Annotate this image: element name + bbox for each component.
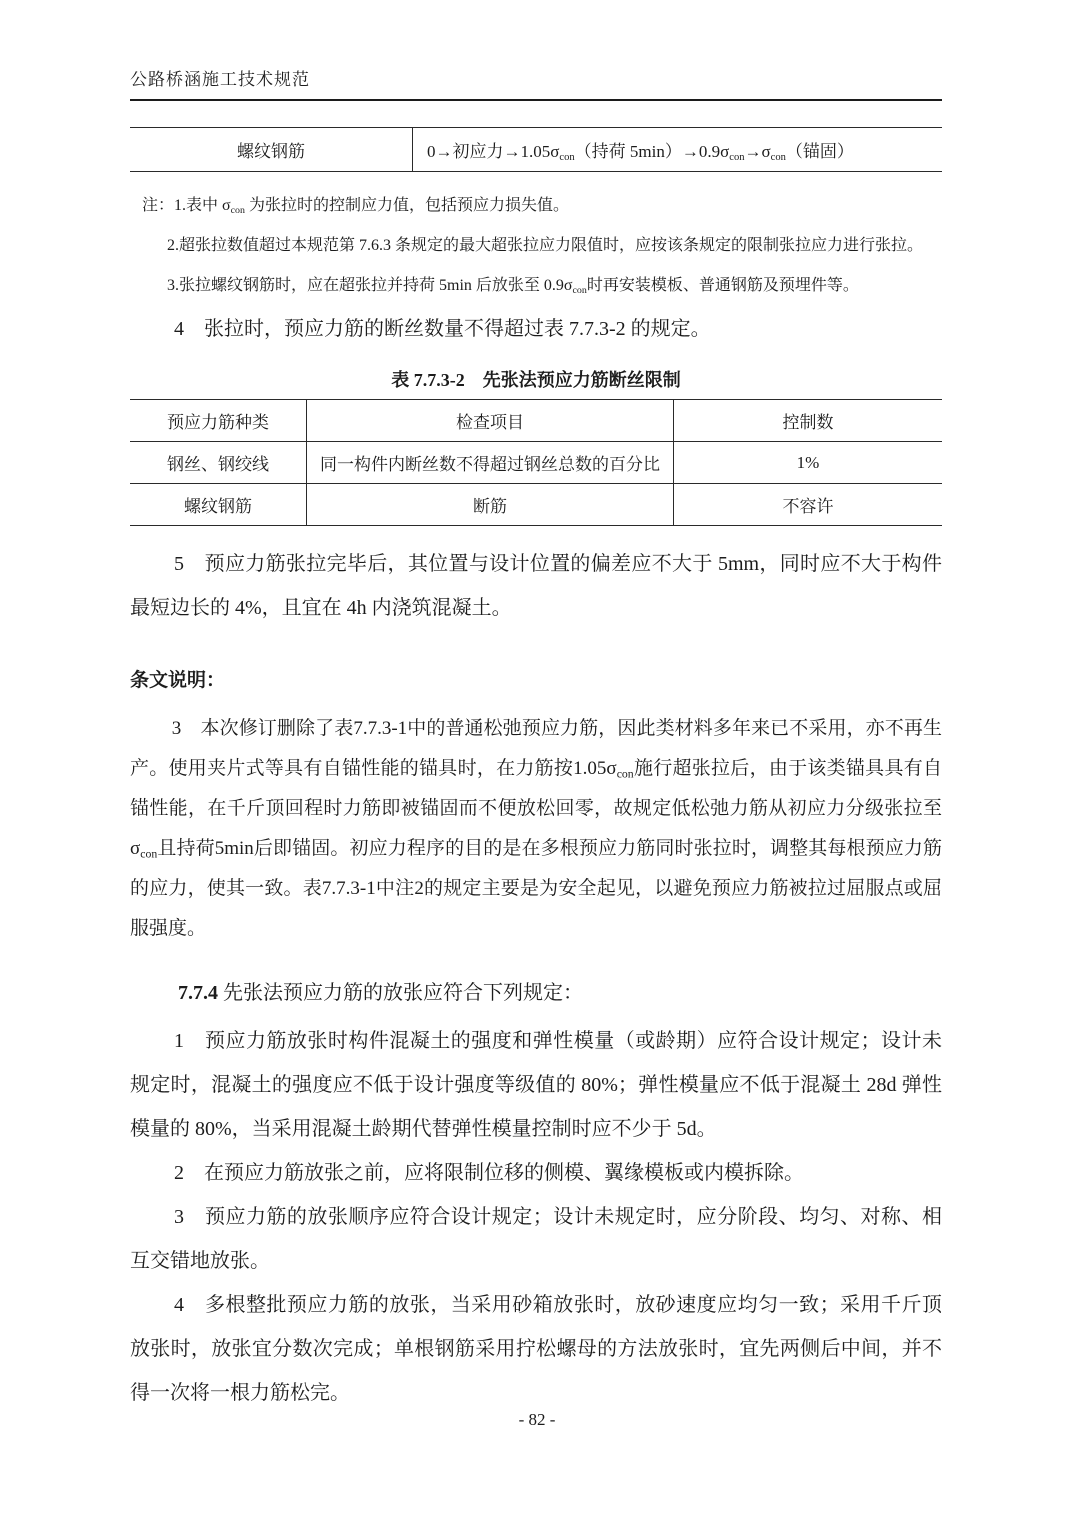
- sigma-con-subscript: con: [771, 152, 786, 163]
- sigma-con-subscript: con: [140, 848, 157, 861]
- sigma-con-subscript: con: [231, 205, 245, 216]
- clause-paragraph: 2 在预应力筋放张之前，应将限制位移的侧模、翼缘模板或内模拆除。: [130, 1151, 942, 1195]
- note-text: 3.张拉螺纹钢筋时，应在超张拉并持荷 5min 后放张至 0.9σ: [167, 277, 573, 294]
- cell-tension-formula: 0→初应力→1.05σcon（持荷 5min）→0.9σcon→σcon（锚固）: [413, 128, 943, 172]
- formula-text: （持荷 5min）→0.9σ: [575, 142, 730, 161]
- sigma-con-subscript: con: [573, 285, 587, 296]
- column-header-control-number: 控制数: [674, 400, 943, 442]
- sigma-con-subscript: con: [617, 768, 634, 781]
- section-title: 先张法预应力筋的放张应符合下列规定：: [218, 982, 583, 1004]
- commentary-text: 且持荷5min后即锚固。初应力程序的目的是在多根预应力筋同时张拉时，调整其每根预…: [130, 838, 942, 939]
- column-header-type: 预应力筋种类: [130, 400, 307, 442]
- table-caption: 表 7.7.3-2 先张法预应力筋断丝限制: [130, 366, 942, 392]
- note-text: 注：1.表中 σ: [142, 197, 231, 214]
- sigma-con-subscript: con: [559, 152, 574, 163]
- wire-break-limit-table: 预应力筋种类 检查项目 控制数 钢丝、钢绞线 同一构件内断丝数不得超过钢丝总数的…: [130, 399, 942, 526]
- clause-paragraph: 4 多根整批预应力筋的放张，当采用砂箱放张时，放砂速度应均匀一致；采用千斤顶放张…: [130, 1283, 942, 1415]
- tension-program-table: 螺纹钢筋 0→初应力→1.05σcon（持荷 5min）→0.9σcon→σco…: [130, 127, 942, 172]
- commentary-paragraph: 3 本次修订删除了表7.7.3-1中的普通松弛预应力筋，因此类材料多年来已不采用…: [130, 709, 942, 949]
- formula-text: →σ: [744, 142, 770, 161]
- sigma-con-subscript: con: [729, 152, 744, 163]
- note-2: 2.超张拉数值超过本规范第 7.6.3 条规定的最大超张拉应力限值时，应按该条规…: [167, 227, 942, 264]
- note-1: 注：1.表中 σcon 为张拉时的控制应力值，包括预应力损失值。: [142, 187, 942, 224]
- note-text: 为张拉时的控制应力值，包括预应力损失值。: [245, 197, 569, 214]
- table-row: 钢丝、钢绞线 同一构件内断丝数不得超过钢丝总数的百分比 1%: [130, 442, 942, 484]
- table-cell: 1%: [674, 442, 943, 484]
- document-page: 公路桥涵施工技术规范 螺纹钢筋 0→初应力→1.05σcon（持荷 5min）→…: [0, 0, 1074, 1520]
- formula-text: （锚固）: [786, 142, 854, 161]
- running-header: 公路桥涵施工技术规范: [130, 70, 942, 101]
- clause-5-paragraph: 5 预应力筋张拉完毕后，其位置与设计位置的偏差应不大于 5mm，同时应不大于构件…: [130, 542, 942, 630]
- table-row: 螺纹钢筋 0→初应力→1.05σcon（持荷 5min）→0.9σcon→σco…: [130, 128, 942, 172]
- table-header-row: 预应力筋种类 检查项目 控制数: [130, 400, 942, 442]
- section-7-7-4-clauses: 1 预应力筋放张时构件混凝土的强度和弹性模量（或龄期）应符合设计规定；设计未规定…: [130, 1019, 942, 1415]
- note-3: 3.张拉螺纹钢筋时，应在超张拉并持荷 5min 后放张至 0.9σcon时再安装…: [167, 267, 942, 304]
- column-header-check-item: 检查项目: [307, 400, 674, 442]
- table-cell: 断筋: [307, 484, 674, 526]
- table-notes: 注：1.表中 σcon 为张拉时的控制应力值，包括预应力损失值。 2.超张拉数值…: [130, 187, 942, 304]
- section-number: 7.7.4: [178, 982, 218, 1004]
- section-7-7-4-heading: 7.7.4 先张法预应力筋的放张应符合下列规定：: [130, 979, 942, 1007]
- table-cell: 螺纹钢筋: [130, 484, 307, 526]
- formula-text: 0→初应力→1.05σ: [427, 142, 559, 161]
- clause-4-paragraph: 4 张拉时，预应力筋的断丝数量不得超过表 7.7.3-2 的规定。: [130, 307, 942, 351]
- page-number: - 82 -: [0, 1410, 1074, 1430]
- commentary-heading: 条文说明：: [130, 668, 942, 694]
- table-cell: 钢丝、钢绞线: [130, 442, 307, 484]
- cell-rebar-type: 螺纹钢筋: [130, 128, 413, 172]
- clause-paragraph: 1 预应力筋放张时构件混凝土的强度和弹性模量（或龄期）应符合设计规定；设计未规定…: [130, 1019, 942, 1151]
- table-row: 螺纹钢筋 断筋 不容许: [130, 484, 942, 526]
- clause-paragraph: 3 预应力筋的放张顺序应符合设计规定；设计未规定时，应分阶段、均匀、对称、相互交…: [130, 1195, 942, 1283]
- note-text: 时再安装模板、普通钢筋及预埋件等。: [587, 277, 859, 294]
- commentary-section: 条文说明： 3 本次修订删除了表7.7.3-1中的普通松弛预应力筋，因此类材料多…: [130, 668, 942, 949]
- table-cell: 同一构件内断丝数不得超过钢丝总数的百分比: [307, 442, 674, 484]
- table-cell: 不容许: [674, 484, 943, 526]
